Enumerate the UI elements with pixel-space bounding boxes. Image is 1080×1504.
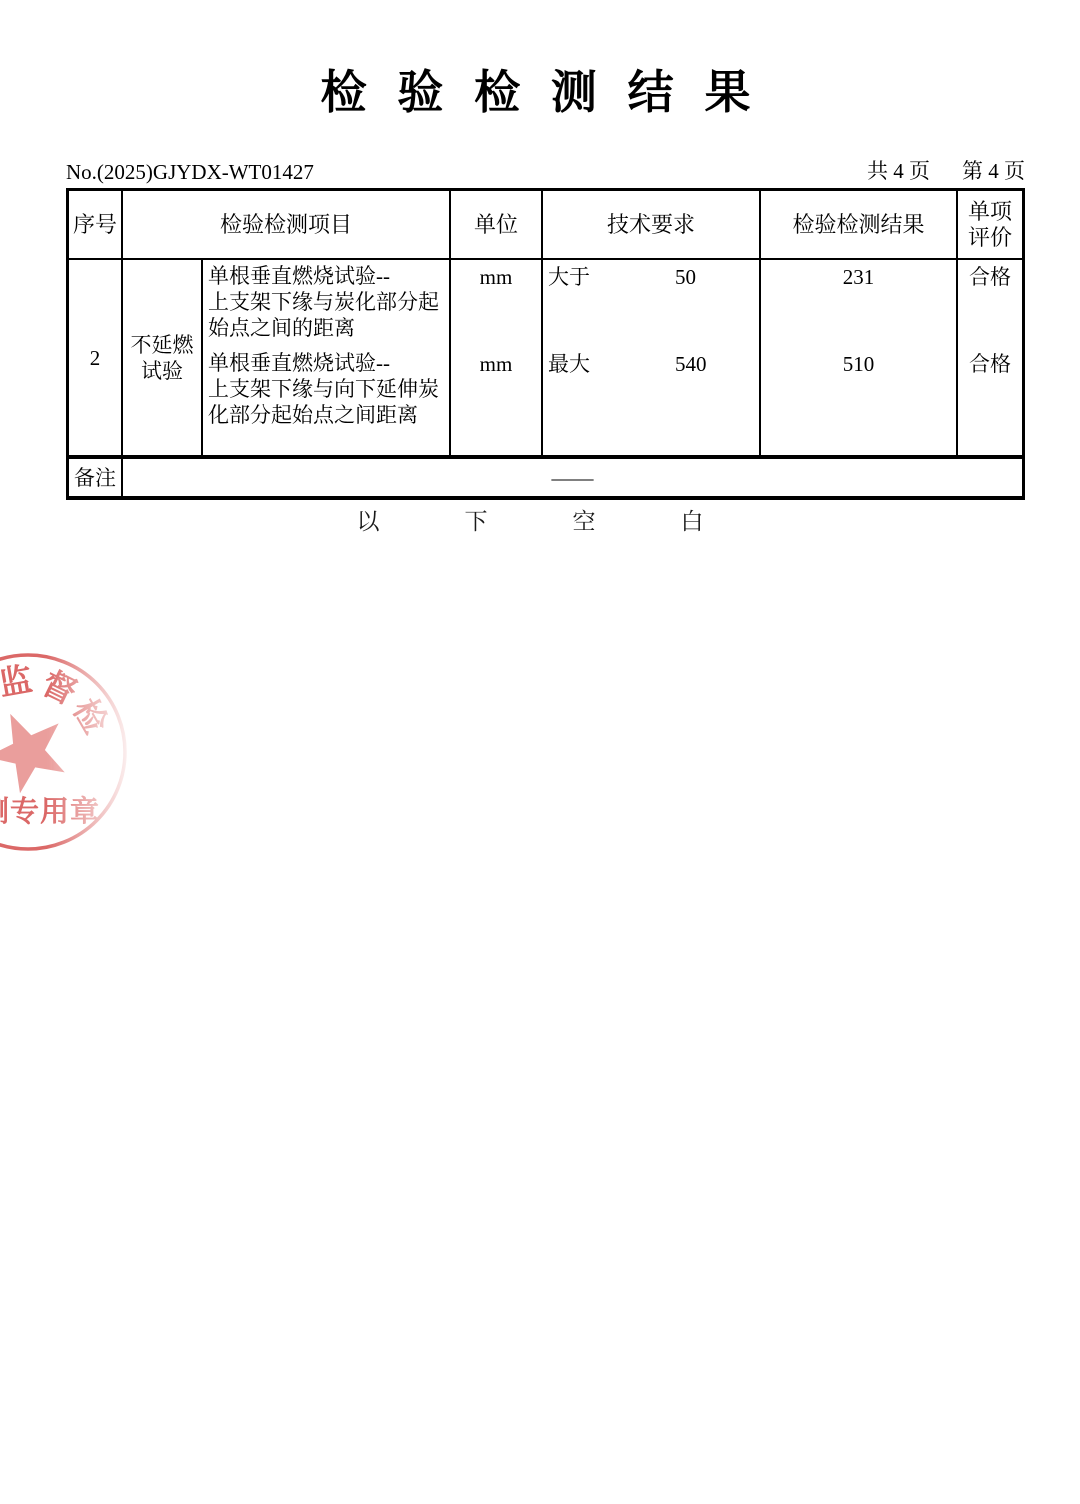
stamp-arc-char-2: 督 [37,664,83,712]
header-requirement: 技术要求 [543,191,761,258]
evaluation-2: 合格 [958,347,1022,455]
stamp-arc-char-1: 监 [0,660,35,702]
result-2: 510 [761,347,956,455]
table-header-row: 序号 检验检测项目 单位 技术要求 检验检测结果 单项评价 [69,191,1022,260]
stamp-arc-char-3: 检 [66,692,115,739]
unit-1: mm [451,260,541,347]
remark-value: —— [123,459,1022,496]
pages-total: 共 4 页 [867,155,930,185]
cell-evaluations: 合格 合格 [958,260,1022,455]
cell-category: 不延燃试验 [123,260,203,455]
evaluation-1: 合格 [958,260,1022,347]
remark-row: 备注 —— [69,459,1022,496]
report-page: 检 验 检 测 结 果 No.(2025)GJYDX-WT01427 共 4 页… [0,0,1080,1504]
header-seq: 序号 [69,191,123,258]
requirement-1: 大于 50 [543,260,759,347]
cell-requirements: 大于 50 最大 540 [543,260,761,455]
meta-line: No.(2025)GJYDX-WT01427 共 4 页 第 4 页 [66,155,1025,185]
remark-label: 备注 [69,459,123,496]
stamp-star-icon [0,697,79,800]
requirement-2: 最大 540 [543,347,759,455]
cell-seq: 2 [69,260,123,455]
header-unit: 单位 [451,191,543,258]
pages-current: 第 4 页 [962,155,1025,185]
table-row: 2 不延燃试验 单根垂直燃烧试验-- 上支架下缘与炭化部分起始点之间的距离 单根… [69,260,1022,459]
cell-results: 231 510 [761,260,958,455]
cell-units: mm mm [451,260,543,455]
item-text-1: 单根垂直燃烧试验-- 上支架下缘与炭化部分起始点之间的距离 [203,260,449,347]
results-table: 序号 检验检测项目 单位 技术要求 检验检测结果 单项评价 2 不延燃试验 单根… [66,188,1025,500]
page-indicator: 共 4 页 第 4 页 [867,155,1025,185]
header-item: 检验检测项目 [123,191,451,258]
report-number: No.(2025)GJYDX-WT01427 [66,160,314,185]
page-title: 检 验 检 测 结 果 [0,56,1080,122]
stamp-bottom-text: 测专用章 [0,794,100,828]
header-evaluation: 单项评价 [958,191,1022,258]
inspection-stamp: 监 督 检 测专用章 [0,643,162,858]
unit-2: mm [451,347,541,455]
below-blank-text: 以 下 空 白 [66,503,1025,536]
cell-items: 单根垂直燃烧试验-- 上支架下缘与炭化部分起始点之间的距离 单根垂直燃烧试验--… [203,260,451,455]
stamp-ring [0,655,125,849]
item-text-2: 单根垂直燃烧试验-- 上支架下缘与向下延伸炭化部分起始点之间距离 [203,347,449,455]
header-result: 检验检测结果 [761,191,958,258]
result-1: 231 [761,260,956,347]
